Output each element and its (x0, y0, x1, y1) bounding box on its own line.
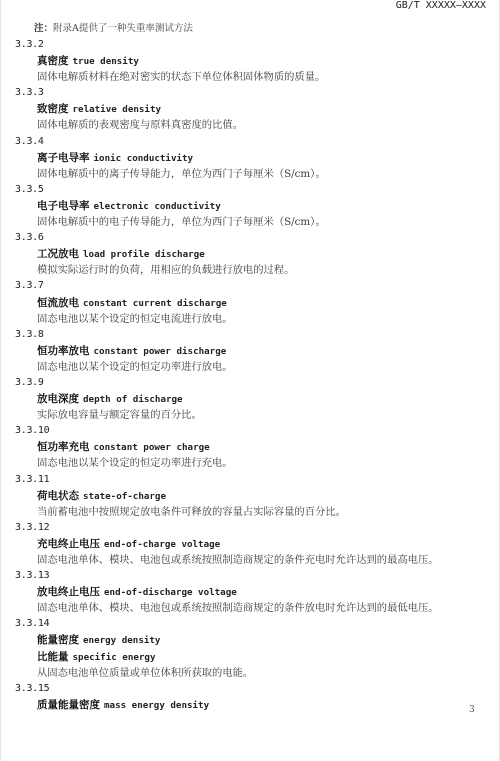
term-entry: 3.3.3致密度relative density固体电解质的表观密度与原料真密度… (1, 85, 500, 133)
term-english: end-of-charge voltage (104, 539, 220, 550)
term-entry: 3.3.7恒流放电constant current discharge固态电池以… (1, 278, 500, 326)
term-line: 致密度relative density (1, 101, 500, 117)
clause-number: 3.3.6 (1, 230, 500, 246)
term-line: 离子电导率ionic conductivity (1, 150, 500, 166)
term-english: relative density (73, 104, 162, 115)
term-english: ionic conductivity (94, 153, 194, 164)
term-chinese: 恒功率充电 (37, 441, 90, 453)
term-entry: 3.3.10恒功率充电constant power charge固态电池以某个设… (1, 423, 500, 471)
term-chinese: 荷电状态 (37, 490, 79, 502)
term-english: mass energy density (104, 700, 209, 711)
term-chinese: 放电终止电压 (37, 586, 100, 598)
term-entry: 3.3.14能量密度energy density比能量specific ener… (1, 616, 500, 680)
clause-number: 3.3.7 (1, 278, 500, 294)
term-chinese: 质量能量密度 (37, 699, 100, 711)
term-entry: 3.3.5电子电导率electronic conductivity固体电解质中的… (1, 182, 500, 230)
clause-number: 3.3.14 (1, 616, 500, 632)
term-english: specific energy (73, 652, 156, 663)
term-definition: 固体电解质材料在绝对密实的状态下单位体积固体物质的质量。 (1, 69, 500, 85)
clause-number: 3.3.13 (1, 568, 500, 584)
term-line: 恒功率充电constant power charge (1, 439, 500, 455)
term-line: 恒流放电constant current discharge (1, 295, 500, 311)
term-entries: 3.3.2真密度true density固体电解质材料在绝对密实的状态下单位体积… (1, 37, 500, 713)
term-definition: 当前蓄电池中按照规定放电条件可释放的容量占实际容量的百分比。 (1, 504, 500, 520)
standard-code: GB/T XXXXX—XXXX (396, 0, 486, 12)
term-definition: 固态电池以某个设定的恒定功率进行放电。 (1, 359, 500, 375)
clause-number: 3.3.5 (1, 182, 500, 198)
term-english: load profile discharge (83, 249, 205, 260)
clause-number: 3.3.4 (1, 134, 500, 150)
note-label: 注： (34, 23, 53, 34)
term-english: depth of discharge (83, 394, 183, 405)
term-definition: 模拟实际运行时的负荷，用相应的负载进行放电的过程。 (1, 262, 500, 278)
term-definition: 实际放电容量与额定容量的百分比。 (1, 407, 500, 423)
term-line: 放电深度depth of discharge (1, 391, 500, 407)
term-chinese: 比能量 (37, 651, 69, 663)
clause-number: 3.3.2 (1, 37, 500, 53)
term-chinese: 致密度 (37, 103, 69, 115)
term-english: energy density (83, 635, 160, 646)
term-definition: 固体电解质中的电子传导能力，单位为西门子每厘米（S/cm）。 (1, 214, 500, 230)
term-chinese: 充电终止电压 (37, 538, 100, 550)
term-chinese: 能量密度 (37, 634, 79, 646)
term-english: state-of-charge (83, 491, 166, 502)
term-definition: 固态电池单体、模块、电池包或系统按照制造商规定的条件充电时允许达到的最高电压。 (1, 552, 500, 568)
term-english: constant current discharge (83, 298, 227, 309)
term-definition: 固体电解质的表观密度与原料真密度的比值。 (1, 117, 500, 133)
term-definition: 固态电池单体、模块、电池包或系统按照制造商规定的条件放电时允许达到的最低电压。 (1, 600, 500, 616)
term-line: 充电终止电压end-of-charge voltage (1, 536, 500, 552)
term-chinese: 电子电导率 (37, 200, 90, 212)
term-line: 比能量specific energy (1, 649, 500, 665)
term-definition: 从固态电池单位质量或单位体积所获取的电能。 (1, 665, 500, 681)
term-entry: 3.3.6工况放电load profile discharge模拟实际运行时的负… (1, 230, 500, 278)
term-line: 能量密度energy density (1, 632, 500, 648)
term-chinese: 放电深度 (37, 393, 79, 405)
term-line: 放电终止电压end-of-discharge voltage (1, 584, 500, 600)
clause-number: 3.3.3 (1, 85, 500, 101)
term-line: 荷电状态state-of-charge (1, 488, 500, 504)
term-english: true density (73, 56, 139, 67)
term-line: 真密度true density (1, 53, 500, 69)
clause-number: 3.3.12 (1, 520, 500, 536)
term-english: electronic conductivity (94, 201, 221, 212)
term-entry: 3.3.12充电终止电压end-of-charge voltage固态电池单体、… (1, 520, 500, 568)
term-entry: 3.3.4离子电导率ionic conductivity固体电解质中的离子传导能… (1, 134, 500, 182)
term-chinese: 恒流放电 (37, 297, 79, 309)
term-english: end-of-discharge voltage (104, 587, 237, 598)
term-entry: 3.3.15质量能量密度mass energy density (1, 681, 500, 713)
term-line: 恒功率放电constant power discharge (1, 343, 500, 359)
clause-number: 3.3.8 (1, 327, 500, 343)
document-page: GB/T XXXXX—XXXX 注：附录A提供了一种失重率测试方法 3.3.2真… (0, 0, 500, 761)
term-entry: 3.3.13放电终止电压end-of-discharge voltage固态电池… (1, 568, 500, 616)
term-entry: 3.3.8恒功率放电constant power discharge固态电池以某… (1, 327, 500, 375)
term-english: constant power discharge (94, 346, 227, 357)
clause-number: 3.3.9 (1, 375, 500, 391)
term-chinese: 真密度 (37, 55, 69, 67)
clause-number: 3.3.15 (1, 681, 500, 697)
note: 注：附录A提供了一种失重率测试方法 (34, 22, 193, 35)
term-chinese: 恒功率放电 (37, 345, 90, 357)
term-entry: 3.3.11荷电状态state-of-charge当前蓄电池中按照规定放电条件可… (1, 472, 500, 520)
term-entry: 3.3.9放电深度depth of discharge实际放电容量与额定容量的百… (1, 375, 500, 423)
term-chinese: 离子电导率 (37, 152, 90, 164)
clause-number: 3.3.11 (1, 472, 500, 488)
page-number: 3 (469, 705, 475, 715)
term-line: 质量能量密度mass energy density (1, 697, 500, 713)
term-entry: 3.3.2真密度true density固体电解质材料在绝对密实的状态下单位体积… (1, 37, 500, 85)
note-text: 附录A提供了一种失重率测试方法 (53, 23, 193, 34)
term-chinese: 工况放电 (37, 248, 79, 260)
term-line: 电子电导率electronic conductivity (1, 198, 500, 214)
term-definition: 固态电池以某个设定的恒定功率进行充电。 (1, 455, 500, 471)
clause-number: 3.3.10 (1, 423, 500, 439)
term-definition: 固体电解质中的离子传导能力，单位为西门子每厘米（S/cm）。 (1, 166, 500, 182)
term-definition: 固态电池以某个设定的恒定电流进行放电。 (1, 311, 500, 327)
term-line: 工况放电load profile discharge (1, 246, 500, 262)
term-english: constant power charge (94, 442, 210, 453)
